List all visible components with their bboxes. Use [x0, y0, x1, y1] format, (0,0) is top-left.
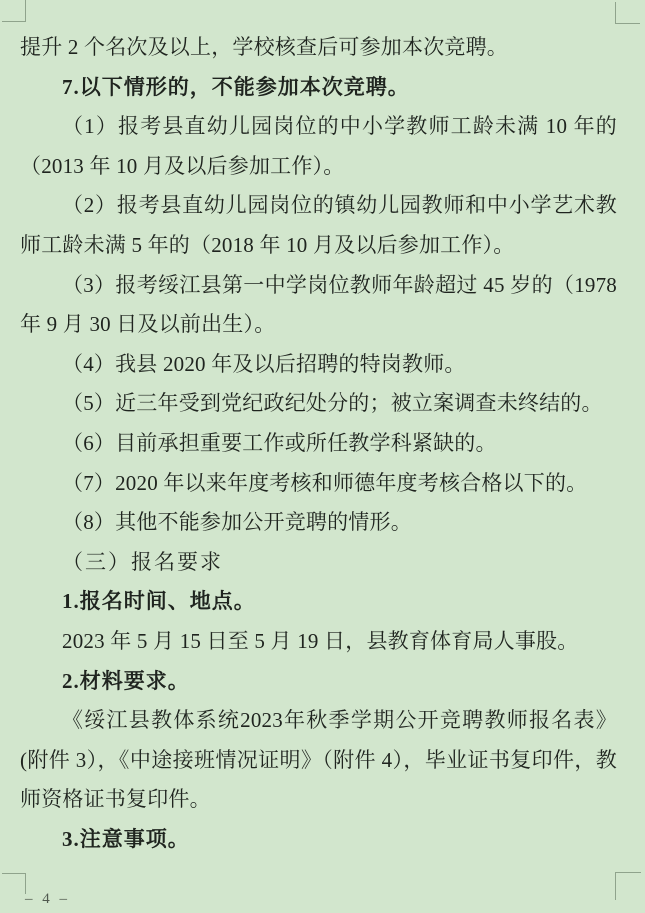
paragraph: （8）其他不能参加公开竞聘的情形。: [20, 503, 617, 543]
paragraph: 提升 2 个名次及以上，学校核查后可参加本次竞聘。: [20, 28, 617, 68]
paragraph: （1）报考县直幼儿园岗位的中小学教师工龄未满 10 年的（2013 年 10 月…: [20, 107, 617, 186]
document-body: 提升 2 个名次及以上，学校核查后可参加本次竞聘。7.以下情形的，不能参加本次竞…: [20, 28, 617, 859]
paragraph: （3）报考绥江县第一中学岗位教师年龄超过 45 岁的（1978 年 9 月 30…: [20, 266, 617, 345]
document-page: 提升 2 个名次及以上，学校核查后可参加本次竞聘。7.以下情形的，不能参加本次竞…: [0, 0, 645, 913]
paragraph: （6）目前承担重要工作或所任教学科紧缺的。: [20, 424, 617, 464]
crop-mark-top-right-icon: [615, 2, 640, 24]
paragraph: 7.以下情形的，不能参加本次竞聘。: [20, 68, 617, 108]
paragraph: 3.注意事项。: [20, 820, 617, 860]
crop-mark-top-left-icon: [2, 0, 26, 22]
paragraph: 1.报名时间、地点。: [20, 582, 617, 622]
paragraph: （7）2020 年以来年度考核和师德年度考核合格以下的。: [20, 464, 617, 504]
paragraph: 《绥江县教体系统2023年秋季学期公开竞聘教师报名表》(附件 3），《中途接班情…: [20, 701, 617, 820]
page-number: – 4 –: [25, 890, 70, 908]
paragraph: 2.材料要求。: [20, 662, 617, 702]
paragraph: （2）报考县直幼儿园岗位的镇幼儿园教师和中小学艺术教师工龄未满 5 年的（201…: [20, 186, 617, 265]
crop-mark-bottom-left-icon: [2, 873, 26, 894]
crop-mark-bottom-right-icon: [615, 872, 641, 900]
paragraph: （5）近三年受到党纪政纪处分的；被立案调查未终结的。: [20, 384, 617, 424]
paragraph: 2023 年 5 月 15 日至 5 月 19 日，县教育体育局人事股。: [20, 622, 617, 662]
paragraph: （4）我县 2020 年及以后招聘的特岗教师。: [20, 345, 617, 385]
paragraph: （三）报名要求: [20, 543, 617, 583]
